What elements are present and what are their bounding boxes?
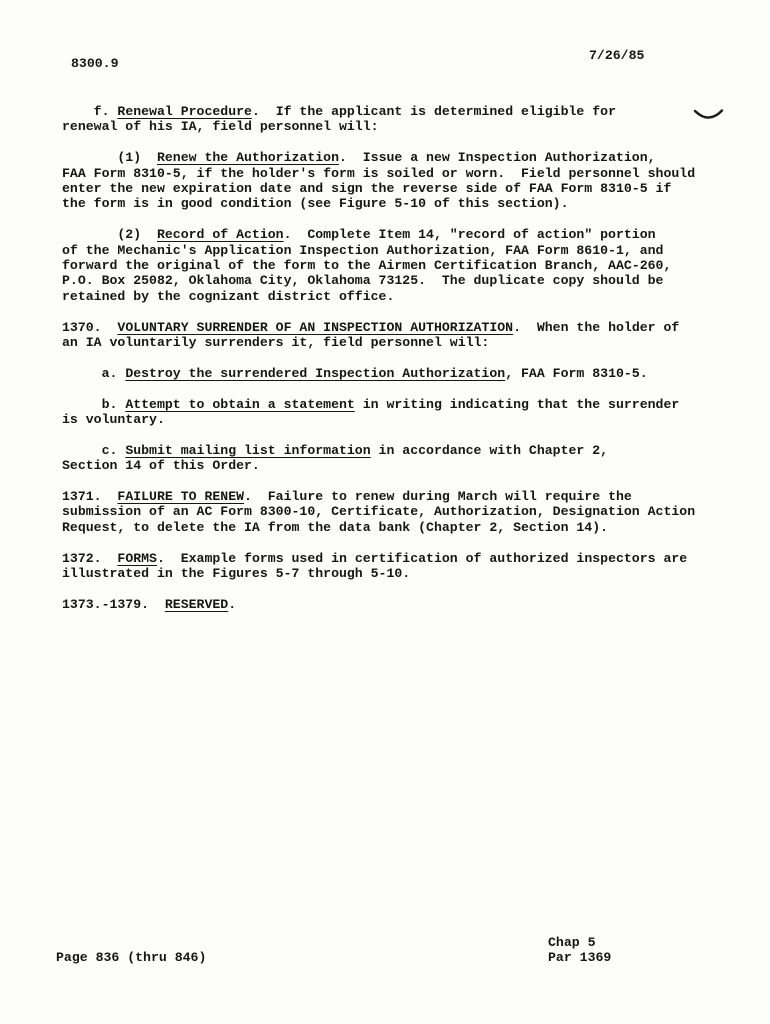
page-number: Page 836 (thru 846) [56,950,206,965]
text-line: renewal of his IA, field personnel will: [62,119,722,134]
text-line: the form is in good condition (see Figur… [62,196,722,211]
text-line: 1373.-1379. RESERVED. [62,597,722,612]
chapter-reference: Chap 5 [548,935,611,950]
text-line: of the Mechanic's Application Inspection… [62,243,722,258]
text-segment: a. [62,366,125,381]
underlined-heading: FAILURE TO RENEW [117,489,244,504]
text-line: submission of an AC Form 8300-10, Certif… [62,504,722,519]
para-1371: 1371. FAILURE TO RENEW. Failure to renew… [62,489,722,535]
text-segment: c. [62,443,125,458]
text-line: Request, to delete the IA from the data … [62,520,722,535]
para-1370-b: b. Attempt to obtain a statement in writ… [62,397,722,428]
text-line: P.O. Box 25082, Oklahoma City, Oklahoma … [62,273,722,288]
underlined-heading: Destroy the surrendered Inspection Autho… [125,366,505,381]
underlined-heading: VOLUNTARY SURRENDER OF AN INSPECTION AUT… [117,320,513,335]
text-line: 1370. VOLUNTARY SURRENDER OF AN INSPECTI… [62,320,722,335]
text-segment: enter the new expiration date and sign t… [62,181,671,196]
text-segment: the form is in good condition (see Figur… [62,196,568,211]
text-segment: of the Mechanic's Application Inspection… [62,243,663,258]
text-segment: forward the original of the form to the … [62,258,671,273]
text-segment: . Failure to renew during March will req… [244,489,632,504]
text-line: is voluntary. [62,412,722,427]
underlined-heading: Renewal Procedure [117,104,252,119]
para-1370-a: a. Destroy the surrendered Inspection Au… [62,366,722,381]
text-line: b. Attempt to obtain a statement in writ… [62,397,722,412]
text-segment: submission of an AC Form 8300-10, Certif… [62,504,695,519]
text-segment: in writing indicating that the surrender [355,397,679,412]
document-date: 7/26/85 [589,48,644,63]
para-f-1: (1) Renew the Authorization. Issue a new… [62,150,722,212]
text-segment: P.O. Box 25082, Oklahoma City, Oklahoma … [62,273,663,288]
underlined-heading: Record of Action [157,227,284,242]
underlined-heading: Attempt to obtain a statement [125,397,355,412]
text-segment: (1) [62,150,157,165]
underlined-heading: RESERVED [165,597,228,612]
para-f-2: (2) Record of Action. Complete Item 14, … [62,227,722,304]
text-line: FAA Form 8310-5, if the holder's form is… [62,166,722,181]
text-line: c. Submit mailing list information in ac… [62,443,722,458]
text-line: (2) Record of Action. Complete Item 14, … [62,227,722,242]
paragraph-reference: Par 1369 [548,950,611,965]
text-line: (1) Renew the Authorization. Issue a new… [62,150,722,165]
text-segment: an IA voluntarily surrenders it, field p… [62,335,489,350]
document-page: 8300.9 7/26/85 f. Renewal Procedure. If … [0,0,770,1024]
text-segment: retained by the cognizant district offic… [62,289,394,304]
underlined-heading: FORMS [117,551,157,566]
text-segment: , FAA Form 8310-5. [505,366,647,381]
text-segment: Request, to delete the IA from the data … [62,520,608,535]
para-1373: 1373.-1379. RESERVED. [62,597,722,612]
text-line: 1371. FAILURE TO RENEW. Failure to renew… [62,489,722,504]
document-body: f. Renewal Procedure. If the applicant i… [62,104,722,628]
text-line: Section 14 of this Order. [62,458,722,473]
text-segment: b. [62,397,125,412]
text-line: retained by the cognizant district offic… [62,289,722,304]
order-number: 8300.9 [71,56,118,71]
text-segment: . Example forms used in certification of… [157,551,687,566]
text-segment: . Issue a new Inspection Authorization, [339,150,656,165]
para-1370-c: c. Submit mailing list information in ac… [62,443,722,474]
text-line: an IA voluntarily surrenders it, field p… [62,335,722,350]
text-segment: 1371. [62,489,117,504]
text-segment: in accordance with Chapter 2, [371,443,608,458]
chapter-paragraph-reference: Chap 5 Par 1369 [548,935,611,966]
text-segment: . When the holder of [513,320,679,335]
text-segment: 1370. [62,320,117,335]
para-1370: 1370. VOLUNTARY SURRENDER OF AN INSPECTI… [62,320,722,351]
underlined-heading: Renew the Authorization [157,150,339,165]
text-segment: 1373.-1379. [62,597,165,612]
text-segment: f. [62,104,117,119]
text-line: forward the original of the form to the … [62,258,722,273]
para-f: f. Renewal Procedure. If the applicant i… [62,104,722,135]
underlined-heading: Submit mailing list information [125,443,370,458]
text-line: enter the new expiration date and sign t… [62,181,722,196]
text-segment: renewal of his IA, field personnel will: [62,119,379,134]
text-segment: 1372. [62,551,117,566]
para-1372: 1372. FORMS. Example forms used in certi… [62,551,722,582]
text-segment: (2) [62,227,157,242]
text-line: illustrated in the Figures 5-7 through 5… [62,566,722,581]
text-segment: FAA Form 8310-5, if the holder's form is… [62,166,695,181]
text-line: f. Renewal Procedure. If the applicant i… [62,104,722,119]
text-segment: . [228,597,236,612]
text-segment: illustrated in the Figures 5-7 through 5… [62,566,410,581]
text-segment: Section 14 of this Order. [62,458,260,473]
text-line: a. Destroy the surrendered Inspection Au… [62,366,722,381]
text-segment: is voluntary. [62,412,165,427]
text-segment: . If the applicant is determined eligibl… [252,104,616,119]
text-segment: . Complete Item 14, "record of action" p… [284,227,656,242]
text-line: 1372. FORMS. Example forms used in certi… [62,551,722,566]
